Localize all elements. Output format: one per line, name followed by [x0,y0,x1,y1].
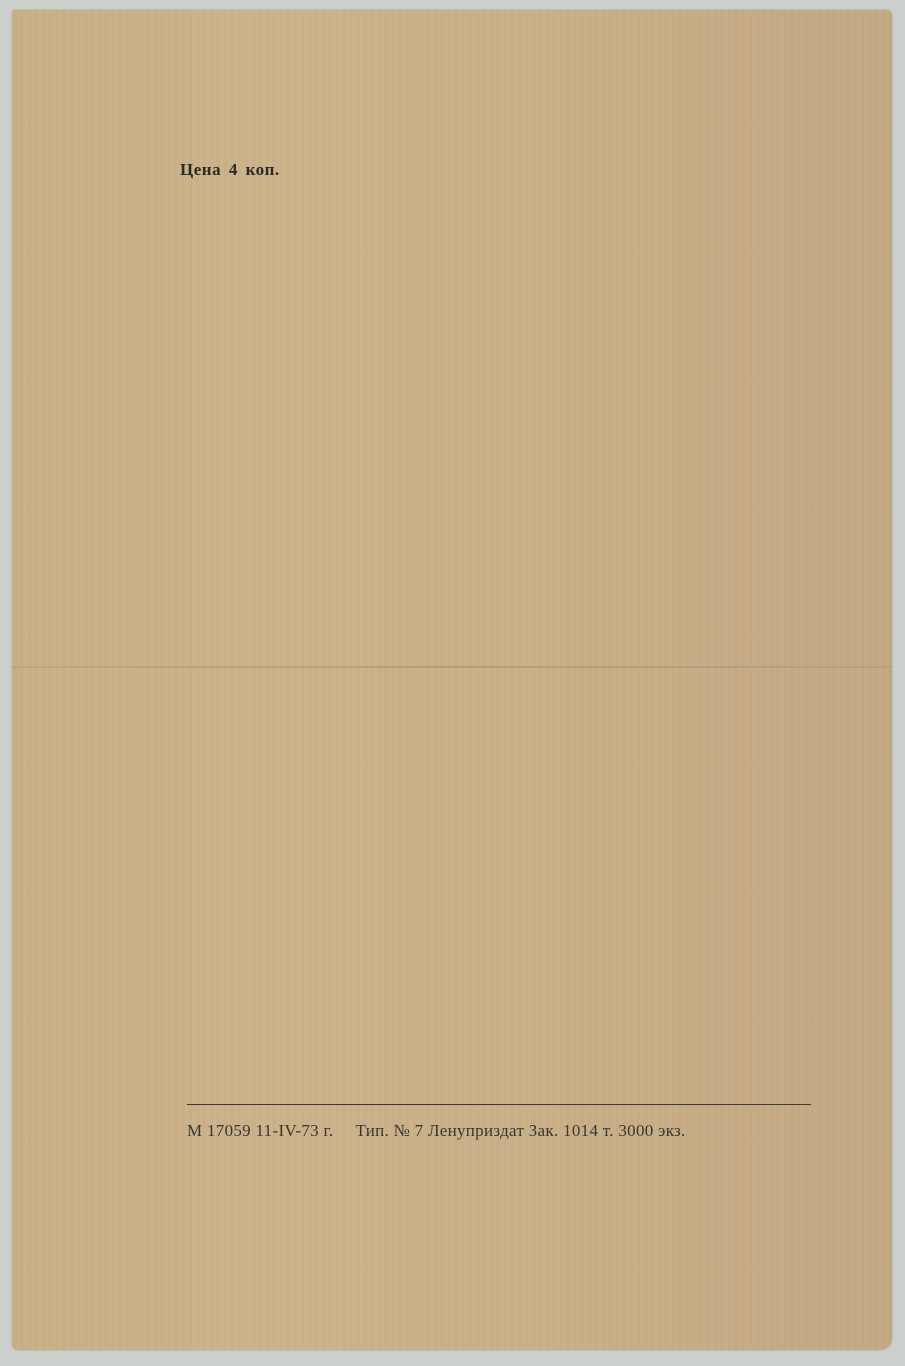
fold-crease [12,666,892,668]
imprint-rule [187,1104,811,1105]
imprint-line: М 17059 11-IV-73 г.Тип. № 7 Ленуприздат … [187,1121,686,1141]
imprint-printer-run: Тип. № 7 Ленуприздат Зак. 1014 т. 3000 э… [355,1121,685,1140]
price-label: Цена 4 коп. [180,160,280,180]
imprint-censor-date: М 17059 11-IV-73 г. [187,1121,333,1140]
paper-sheet: Цена 4 коп. М 17059 11-IV-73 г.Тип. № 7 … [12,10,892,1350]
